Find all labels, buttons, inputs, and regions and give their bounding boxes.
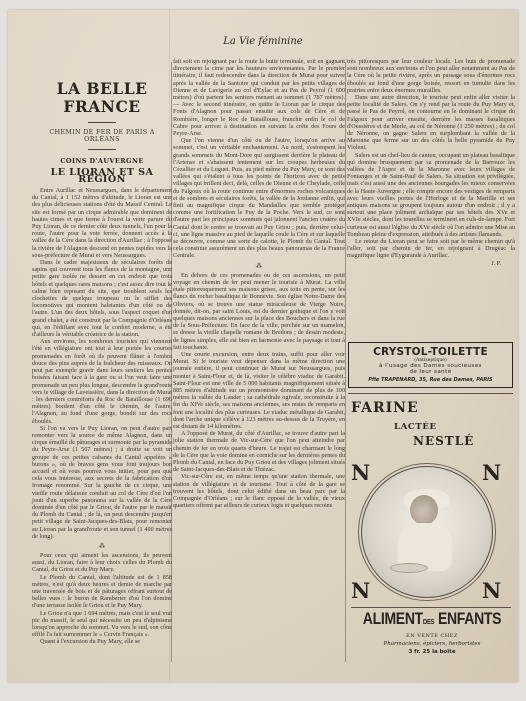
paragraph: très pittoresques par leur couleur local… bbox=[347, 58, 515, 94]
divider bbox=[348, 393, 513, 394]
n-monogram: N bbox=[351, 580, 370, 601]
paragraph: Pour ceux qui aiment les ascensions, ils… bbox=[32, 552, 172, 574]
paragraph: A l'opposé de Murat, du côté d'Aurillac,… bbox=[173, 430, 345, 473]
paragraph: Quant à l'excursion du Puy Mary, elle se bbox=[32, 638, 172, 645]
ad-tagline: ALIMENTDES ENFANTS bbox=[348, 608, 516, 627]
nestle-ad: FARINE LACTÉE NESTLÉ N N N N ALIMENTDES … bbox=[348, 396, 516, 656]
ad-price: 3 fr. 25 la boîte bbox=[348, 649, 516, 655]
article-headline: LA BELLE FRANCE bbox=[32, 80, 172, 116]
n-monogram: N bbox=[482, 462, 501, 483]
ad-usage: de leur santé bbox=[349, 369, 512, 375]
ad-brand: NESTLÉ bbox=[413, 434, 474, 448]
n-monogram: N bbox=[482, 580, 501, 601]
article-column-1: LA BELLE FRANCE CHEMIN DE FER DE PARIS A… bbox=[32, 58, 172, 646]
baby-dish bbox=[390, 563, 428, 573]
paragraph: Entre Aurillac et Neussargues, dans le d… bbox=[32, 187, 172, 259]
paragraph: Le Plomb du Cantal, dont l'altitude est … bbox=[32, 574, 172, 610]
paragraph: Dans le cadre majestueux de séculaires f… bbox=[32, 259, 172, 338]
ad-headline: LACTÉE bbox=[394, 422, 437, 432]
asterism: ⁂ bbox=[173, 262, 345, 270]
paragraph: Dans une autre direction, le touriste pe… bbox=[347, 94, 515, 152]
ad-product-name: CRYSTOL-TOILETTE bbox=[349, 346, 512, 358]
paragraph: Vic-sur-Cère est, en même temps qu'une s… bbox=[173, 473, 345, 509]
paragraph: Que l'on vienne d'un côté ou de l'autre,… bbox=[173, 137, 345, 259]
paragraph: Salers est un chef-lieu de canton, occup… bbox=[347, 152, 515, 238]
article-kicker: COINS D'AUVERGNE bbox=[32, 158, 172, 165]
paragraph: Le retour du Lioran peut se faire soit p… bbox=[347, 238, 515, 260]
article-column-2: fait soit en rejoignant par la route la … bbox=[173, 58, 345, 509]
tagline-des: DES bbox=[423, 619, 434, 626]
paragraph: Une courte excursion, entre deux trains,… bbox=[173, 351, 345, 430]
running-title: La Vie féminine bbox=[8, 36, 518, 47]
tagline-main: ALIMENT bbox=[363, 608, 423, 627]
paragraph: Si l'on va vers le Puy Lioran, on peut d… bbox=[32, 425, 172, 540]
paragraph: Aux environs, les nombreux touristes qui… bbox=[32, 338, 172, 424]
paragraph: Le Griou n'a que 1 694 mètres, mais c'es… bbox=[32, 610, 172, 639]
magazine-page: La Vie féminine LA BELLE FRANCE CHEMIN D… bbox=[8, 10, 518, 682]
article-subtitle: CHEMIN DE FER DE PARIS A ORLÉANS bbox=[32, 129, 172, 143]
tagline-end: ENFANTS bbox=[438, 608, 501, 627]
ad-address: Pfie TRAPENARD, 35, Rue des Dames, PARIS bbox=[349, 377, 512, 383]
article-column-3: très pittoresques par leur couleur local… bbox=[347, 58, 515, 267]
n-monogram: N bbox=[351, 462, 370, 483]
divider bbox=[88, 122, 116, 123]
divider bbox=[88, 149, 116, 150]
article-signature: J. P. bbox=[347, 260, 515, 267]
ad-sellers: Pharmaciens, épiciers, herboristes bbox=[348, 641, 516, 647]
column-divider bbox=[345, 62, 346, 662]
paragraph: fait soit en rejoignant par la route la … bbox=[173, 58, 345, 137]
section-title: LE LIORAN ET SA RÉGION bbox=[32, 169, 172, 183]
baby-portrait bbox=[361, 466, 493, 598]
crystol-toilette-ad: CRYSTOL-TOILETTE (Antiseptique) à l'usag… bbox=[348, 342, 513, 388]
paragraph: En dehors de ces promenades ou de ces as… bbox=[173, 272, 345, 351]
ad-headline: FARINE bbox=[351, 400, 419, 416]
ad-sale-text: EN VENTE CHEZ bbox=[348, 633, 516, 639]
baby-head bbox=[410, 495, 438, 525]
asterism: ⁂ bbox=[32, 542, 172, 550]
